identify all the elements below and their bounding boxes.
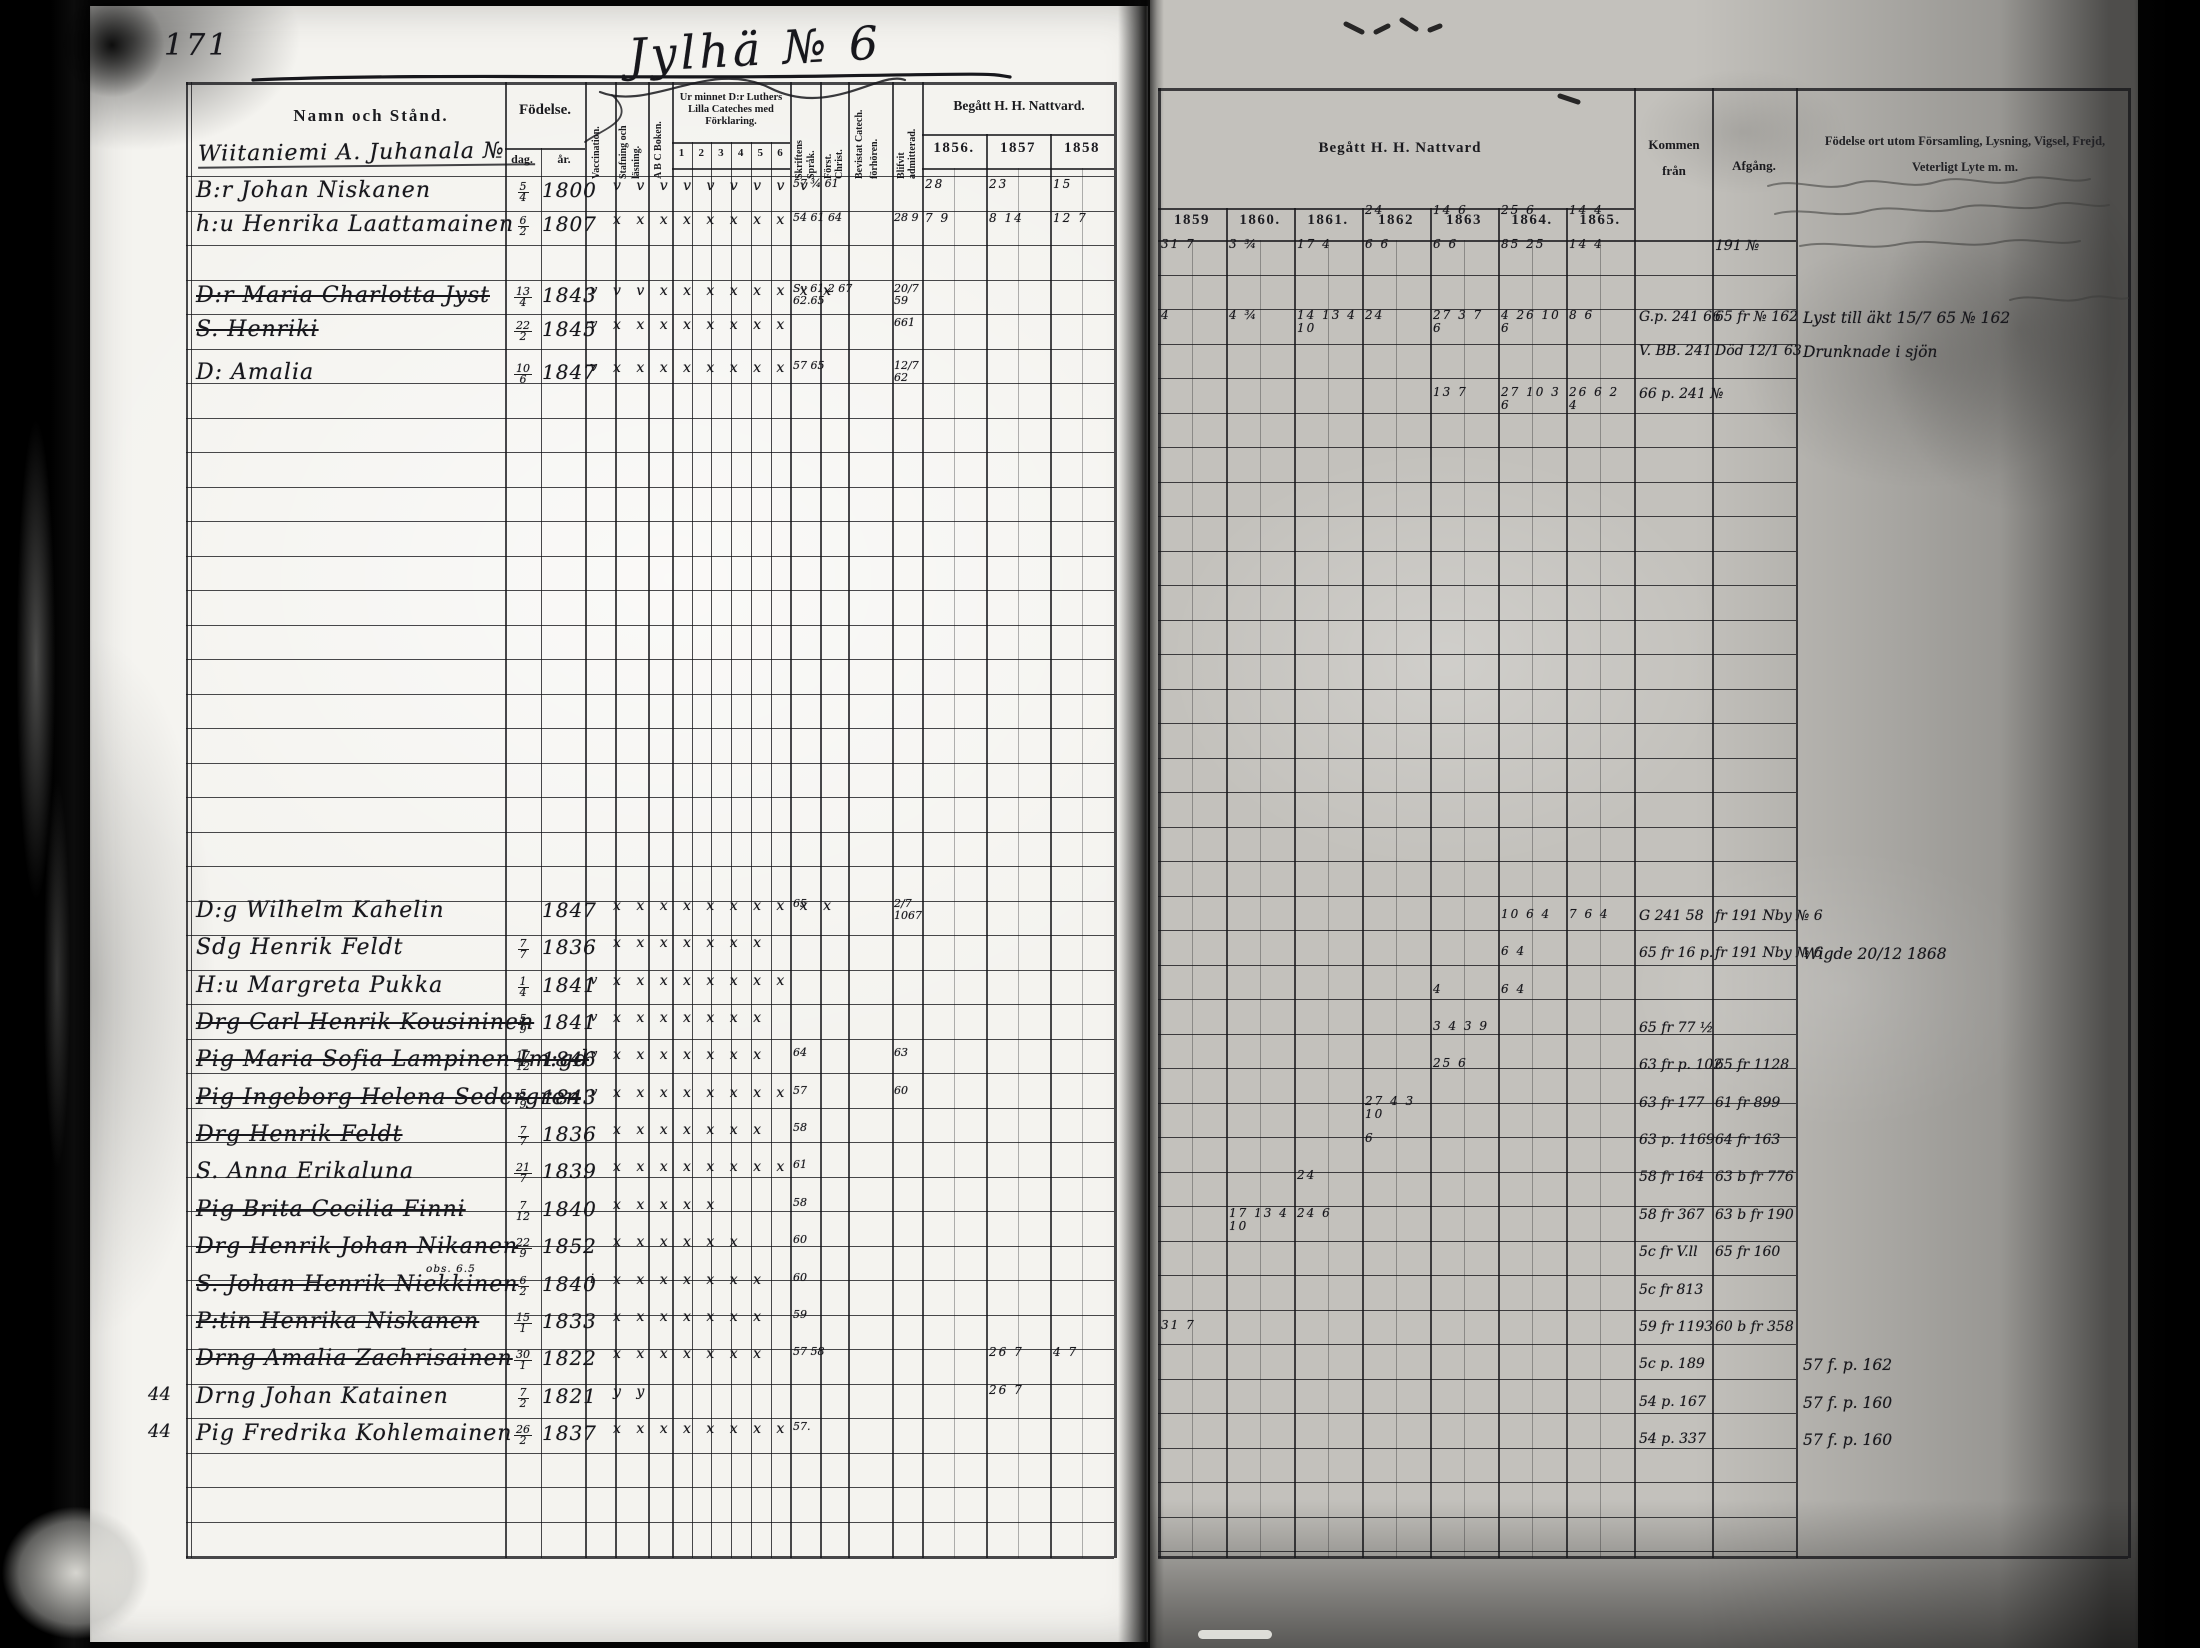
col-header-abc-book: A B C Boken. (653, 87, 664, 179)
col-header-birth-year: år. (545, 152, 583, 167)
col-header-scripture-2: Språk. (806, 87, 817, 179)
col-header-luther-catechism: Ur minnet D:r Luthers Lilla Cateches med… (674, 92, 788, 128)
col-header-spelling-2: läsning. (631, 87, 642, 179)
col-header-birth-day: dag. (504, 152, 540, 167)
col-header-understands-2: Christ. (834, 87, 845, 179)
col-header-catechism-meeting-1: Bevistat Catech. (854, 87, 865, 179)
page-fold (1118, 0, 1164, 1648)
col-header-vaccination: Vaccination. (591, 87, 602, 179)
film-streaks (8, 300, 78, 1200)
left-page (90, 6, 1148, 1642)
microfilm-parish-register-scan: 171 Jylhä № 6 Wiitaniemi A. Juhanala № 1… (0, 0, 2200, 1648)
col-header-communion-left: Begått H. H. Nattvard. (924, 98, 1114, 114)
col-header-catechism-meeting-2: förhören. (869, 87, 880, 179)
col-header-understands-1: Först. (823, 87, 834, 179)
col-header-communion-right: Begått H. H. Nattvard (1170, 140, 1630, 157)
col-header-name: Namn och Stånd. (228, 106, 514, 126)
col-header-birth: Födelse. (505, 102, 585, 119)
col-header-spelling-1: Stafning och (618, 87, 629, 179)
col-header-admitted-1: Blifvit (896, 87, 907, 179)
col-header-scripture-1: Skriftens (794, 87, 805, 179)
col-header-departure: Afgång. (1714, 158, 1794, 174)
film-edge-left (0, 0, 92, 1648)
col-header-arrived-from: Kommen från (1638, 132, 1710, 184)
right-page (1150, 0, 2138, 1648)
col-header-admitted-2: admitterad. (907, 87, 918, 179)
film-edge-right (2134, 0, 2200, 1648)
col-header-remarks: Födelse ort utom Församling, Lysning, Vi… (1812, 128, 2118, 180)
